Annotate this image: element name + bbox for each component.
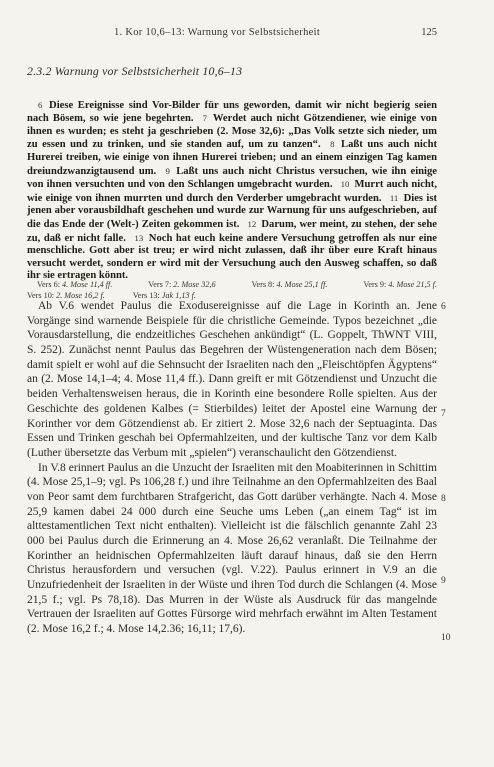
commentary-paragraph: In V.8 erinnert Paulus an die Unzucht de… <box>27 461 437 637</box>
cross-reference: Vers 7: 2. Mose 32,6 <box>148 280 215 291</box>
cross-reference-label: Vers 8: <box>251 280 274 289</box>
commentary-paragraph: Ab V.6 wendet Paulus die Exodusereigniss… <box>27 299 437 461</box>
book-page: 1. Kor 10,6–13: Warnung vor Selbstsicher… <box>0 0 494 767</box>
commentary-section: Ab V.6 wendet Paulus die Exodusereigniss… <box>27 299 437 637</box>
cross-reference-label: Vers 6: <box>37 280 60 289</box>
cross-reference-line: Vers 6: 4. Mose 11,4 ff. Vers 7: 2. Mose… <box>27 280 437 291</box>
verse-number: 11 <box>390 193 398 203</box>
margin-verse-number: 9 <box>441 576 446 586</box>
verse-number: 10 <box>341 179 350 189</box>
cross-reference: Vers 9: 4. Mose 21,5 f. <box>363 280 437 291</box>
verse-number: 6 <box>38 100 42 110</box>
verse-number: 7 <box>203 113 207 123</box>
verse-number: 8 <box>330 139 334 149</box>
margin-verse-number: 6 <box>441 302 446 312</box>
verse-number: 13 <box>134 233 143 243</box>
cross-reference-label: Vers 7: <box>148 280 171 289</box>
cross-reference-block: Vers 6: 4. Mose 11,4 ff. Vers 7: 2. Mose… <box>27 280 437 301</box>
verse-number: 12 <box>248 219 257 229</box>
cross-reference-label: Vers 9: <box>363 280 386 289</box>
cross-reference: Vers 6: 4. Mose 11,4 ff. <box>37 280 112 291</box>
section-heading: 2.3.2 Warnung vor Selbstsicherheit 10,6–… <box>27 64 437 79</box>
cross-reference: Vers 8: 4. Mose 25,1 ff. <box>251 280 327 291</box>
verse-number: 9 <box>166 166 170 176</box>
margin-verse-number: 7 <box>441 409 446 419</box>
cross-reference-source: 2. Mose 32,6 <box>173 280 215 289</box>
page-number: 125 <box>421 27 437 38</box>
cross-reference-source: 4. Mose 21,5 f. <box>388 280 437 289</box>
cross-reference-source: 4. Mose 11,4 ff. <box>62 280 112 289</box>
bible-translation-block: 6 Diese Ereignisse sind Vor-Bilder für u… <box>27 99 437 283</box>
cross-reference-source: 4. Mose 25,1 ff. <box>276 280 327 289</box>
running-header: 1. Kor 10,6–13: Warnung vor Selbstsicher… <box>27 27 437 38</box>
margin-verse-number: 8 <box>441 494 446 504</box>
running-header-title: 1. Kor 10,6–13: Warnung vor Selbstsicher… <box>27 27 437 38</box>
margin-verse-number: 10 <box>441 633 451 643</box>
